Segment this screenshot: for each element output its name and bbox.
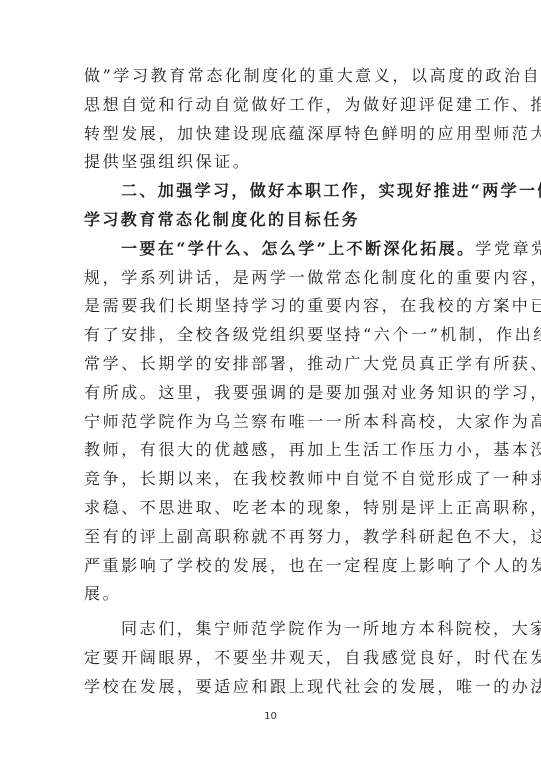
text-line: 有所成。这里，我要强调的是要加强对业务知识的学习，集 [84,379,462,408]
text-line: 思想自觉和行动自觉做好工作，为做好迎评促建工作、推进 [84,91,462,120]
text-line: 做”学习教育常态化制度化的重大意义，以高度的政治自觉、 [84,62,462,91]
text-line: 竞争，长期以来，在我校教师中自觉不自觉形成了一种求安 [84,465,462,494]
document-page: 做”学习教育常态化制度化的重大意义，以高度的政治自觉、 思想自觉和行动自觉做好工… [0,0,541,768]
text-line: 至有的评上副高职称就不再努力，教学科研起色不大，这些 [84,523,462,552]
text-line: 有了安排，全校各级党组织要坚持“六个一”机制，作出经 [84,321,462,350]
text-line: 展。 [84,580,462,609]
subsection-heading: 一要在“学什么、怎么学”上不断深化拓展。 [121,239,475,258]
subsection-line: 一要在“学什么、怎么学”上不断深化拓展。学党章党 [84,235,462,264]
text-line: 宁师范学院作为乌兰察布唯一一所本科高校，大家作为高校 [84,408,462,437]
text-line: 求稳、不思进取、吃老本的现象，特别是评上正高职称，甚 [84,494,462,523]
text-line: 常学、长期学的安排部署，推动广大党员真正学有所获、学 [84,350,462,379]
text-line: 定要开阔眼界，不要坐井观天，自我感觉良好，时代在发展、 [84,644,462,673]
text-line: 规，学系列讲话，是两学一做常态化制度化的重要内容，也 [84,264,462,293]
document-body: 做”学习教育常态化制度化的重大意义，以高度的政治自觉、 思想自觉和行动自觉做好工… [84,62,462,702]
text-line: 教师，有很大的优越感，再加上生活工作压力小，基本没有 [84,436,462,465]
section-heading: 二、加强学习，做好本职工作，实现好推进“两学一做” [84,177,462,206]
text-line: 转型发展，加快建设现底蕴深厚特色鲜明的应用型师范大学 [84,120,462,149]
page-number: 10 [0,711,541,722]
text-line: 提供坚强组织保证。 [84,148,462,177]
text-line: 严重影响了学校的发展，也在一定程度上影响了个人的发 [84,552,462,581]
text-line: 同志们，集宁师范学院作为一所地方本科院校，大家一 [84,615,462,644]
section-heading-continued: 学习教育常态化制度化的目标任务 [84,206,462,235]
text-line: 学校在发展，要适应和跟上现代社会的发展，唯一的办法就 [84,673,462,702]
text-line: 是需要我们长期坚持学习的重要内容，在我校的方案中已经 [84,292,462,321]
paragraph-text: 学党章党 [475,239,541,258]
